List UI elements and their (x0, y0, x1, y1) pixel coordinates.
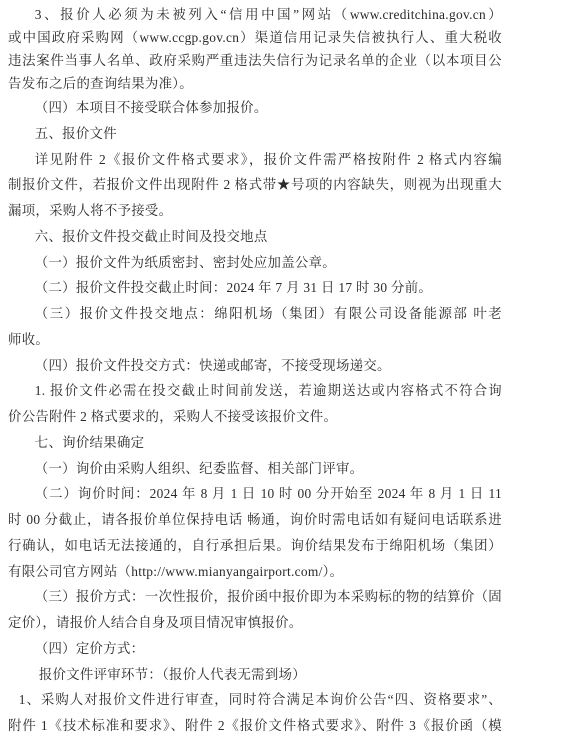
document-text-line: （二）报价文件投交截止时间：2024 年 7 月 31 日 17 时 30 分前… (8, 275, 502, 301)
document-text-line: 定价），请报价人结合自身及项目情况审慎报价。 (8, 610, 502, 636)
document-text-line: 违法案件当事人名单、政府采购严重违法失信行为记录名单的企业（以本项目公 (8, 49, 502, 72)
document-text-line: 七、询价结果确定 (8, 430, 502, 456)
document-text-line: 时 00 分截止，请各报价单位保持电话 畅通，询价时需电话如有疑问电话联系进 (8, 507, 502, 533)
document-text-line: 五、报价文件 (8, 121, 502, 147)
document-text-line: （三）报价文件投交地点：绵阳机场（集团）有限公司设备能源部 叶老 (8, 301, 502, 327)
document-text-line: 漏项，采购人将不予接受。 (8, 198, 502, 224)
document-text-line: （四）本项目不接受联合体参加报价。 (8, 95, 502, 121)
document-text-line: 或中国政府采购网（www.ccgp.gov.cn）渠道信用记录失信被执行人、重大… (8, 26, 502, 49)
document-text-line: （四）报价文件投交方式：快递或邮寄，不接受现场递交。 (8, 353, 502, 379)
document-text-line: 详见附件 2《报价文件格式要求》，报价文件需严格按附件 2 格式内容编 (8, 147, 502, 173)
document-text-line: （四）定价方式： (8, 636, 502, 662)
document-text-line: 附件 1《技术标准和要求》、附件 2《报价文件格式要求》、附件 3《报价函（模 (8, 713, 502, 734)
document-text-line: 报价文件评审环节：（报价人代表无需到场） (8, 662, 502, 688)
document-text-line: 有限公司官方网站（http://www.mianyangairport.com/… (8, 559, 502, 585)
document-text-line: 制报价文件，若报价文件出现附件 2 格式带★号项的内容缺失，则视为出现重大 (8, 172, 502, 198)
document-body: 3、报价人必须为未被列入“信用中国”网站（www.creditchina.gov… (8, 3, 502, 734)
document-text-line: （三）报价方式：一次性报价，报价函中报价即为本采购标的物的结算价（固 (8, 584, 502, 610)
document-text-line: 1. 报价文件必需在投交截止时间前发送，若逾期送达或内容格式不符合询 (8, 378, 502, 404)
document-text-line: （一）报价文件为纸质密封、密封处应加盖公章。 (8, 250, 502, 276)
document-text-line: 师收。 (8, 327, 502, 353)
document-text-line: 价公告附件 2 格式要求的，采购人不接受该报价文件。 (8, 404, 502, 430)
document-text-line: （二）询价时间：2024 年 8 月 1 日 10 时 00 分开始至 2024… (8, 481, 502, 507)
document-text-line: 行确认，如电话无法接通的，自行承担后果。询价结果发布于绵阳机场（集团） (8, 533, 502, 559)
document-text-line: （一）询价由采购人组织、纪委监督、相关部门评审。 (8, 456, 502, 482)
document-text-line: 3、报价人必须为未被列入“信用中国”网站（www.creditchina.gov… (8, 3, 502, 26)
document-text-line: 六、报价文件投交截止时间及投交地点 (8, 224, 502, 250)
document-text-line: 告发布之后的查询结果为准）。 (8, 72, 502, 95)
document-page: 3、报价人必须为未被列入“信用中国”网站（www.creditchina.gov… (0, 0, 571, 734)
document-text-line: 1、采购人对报价文件进行审查，同时符合满足本询价公告“四、资格要求”、 (8, 687, 502, 713)
